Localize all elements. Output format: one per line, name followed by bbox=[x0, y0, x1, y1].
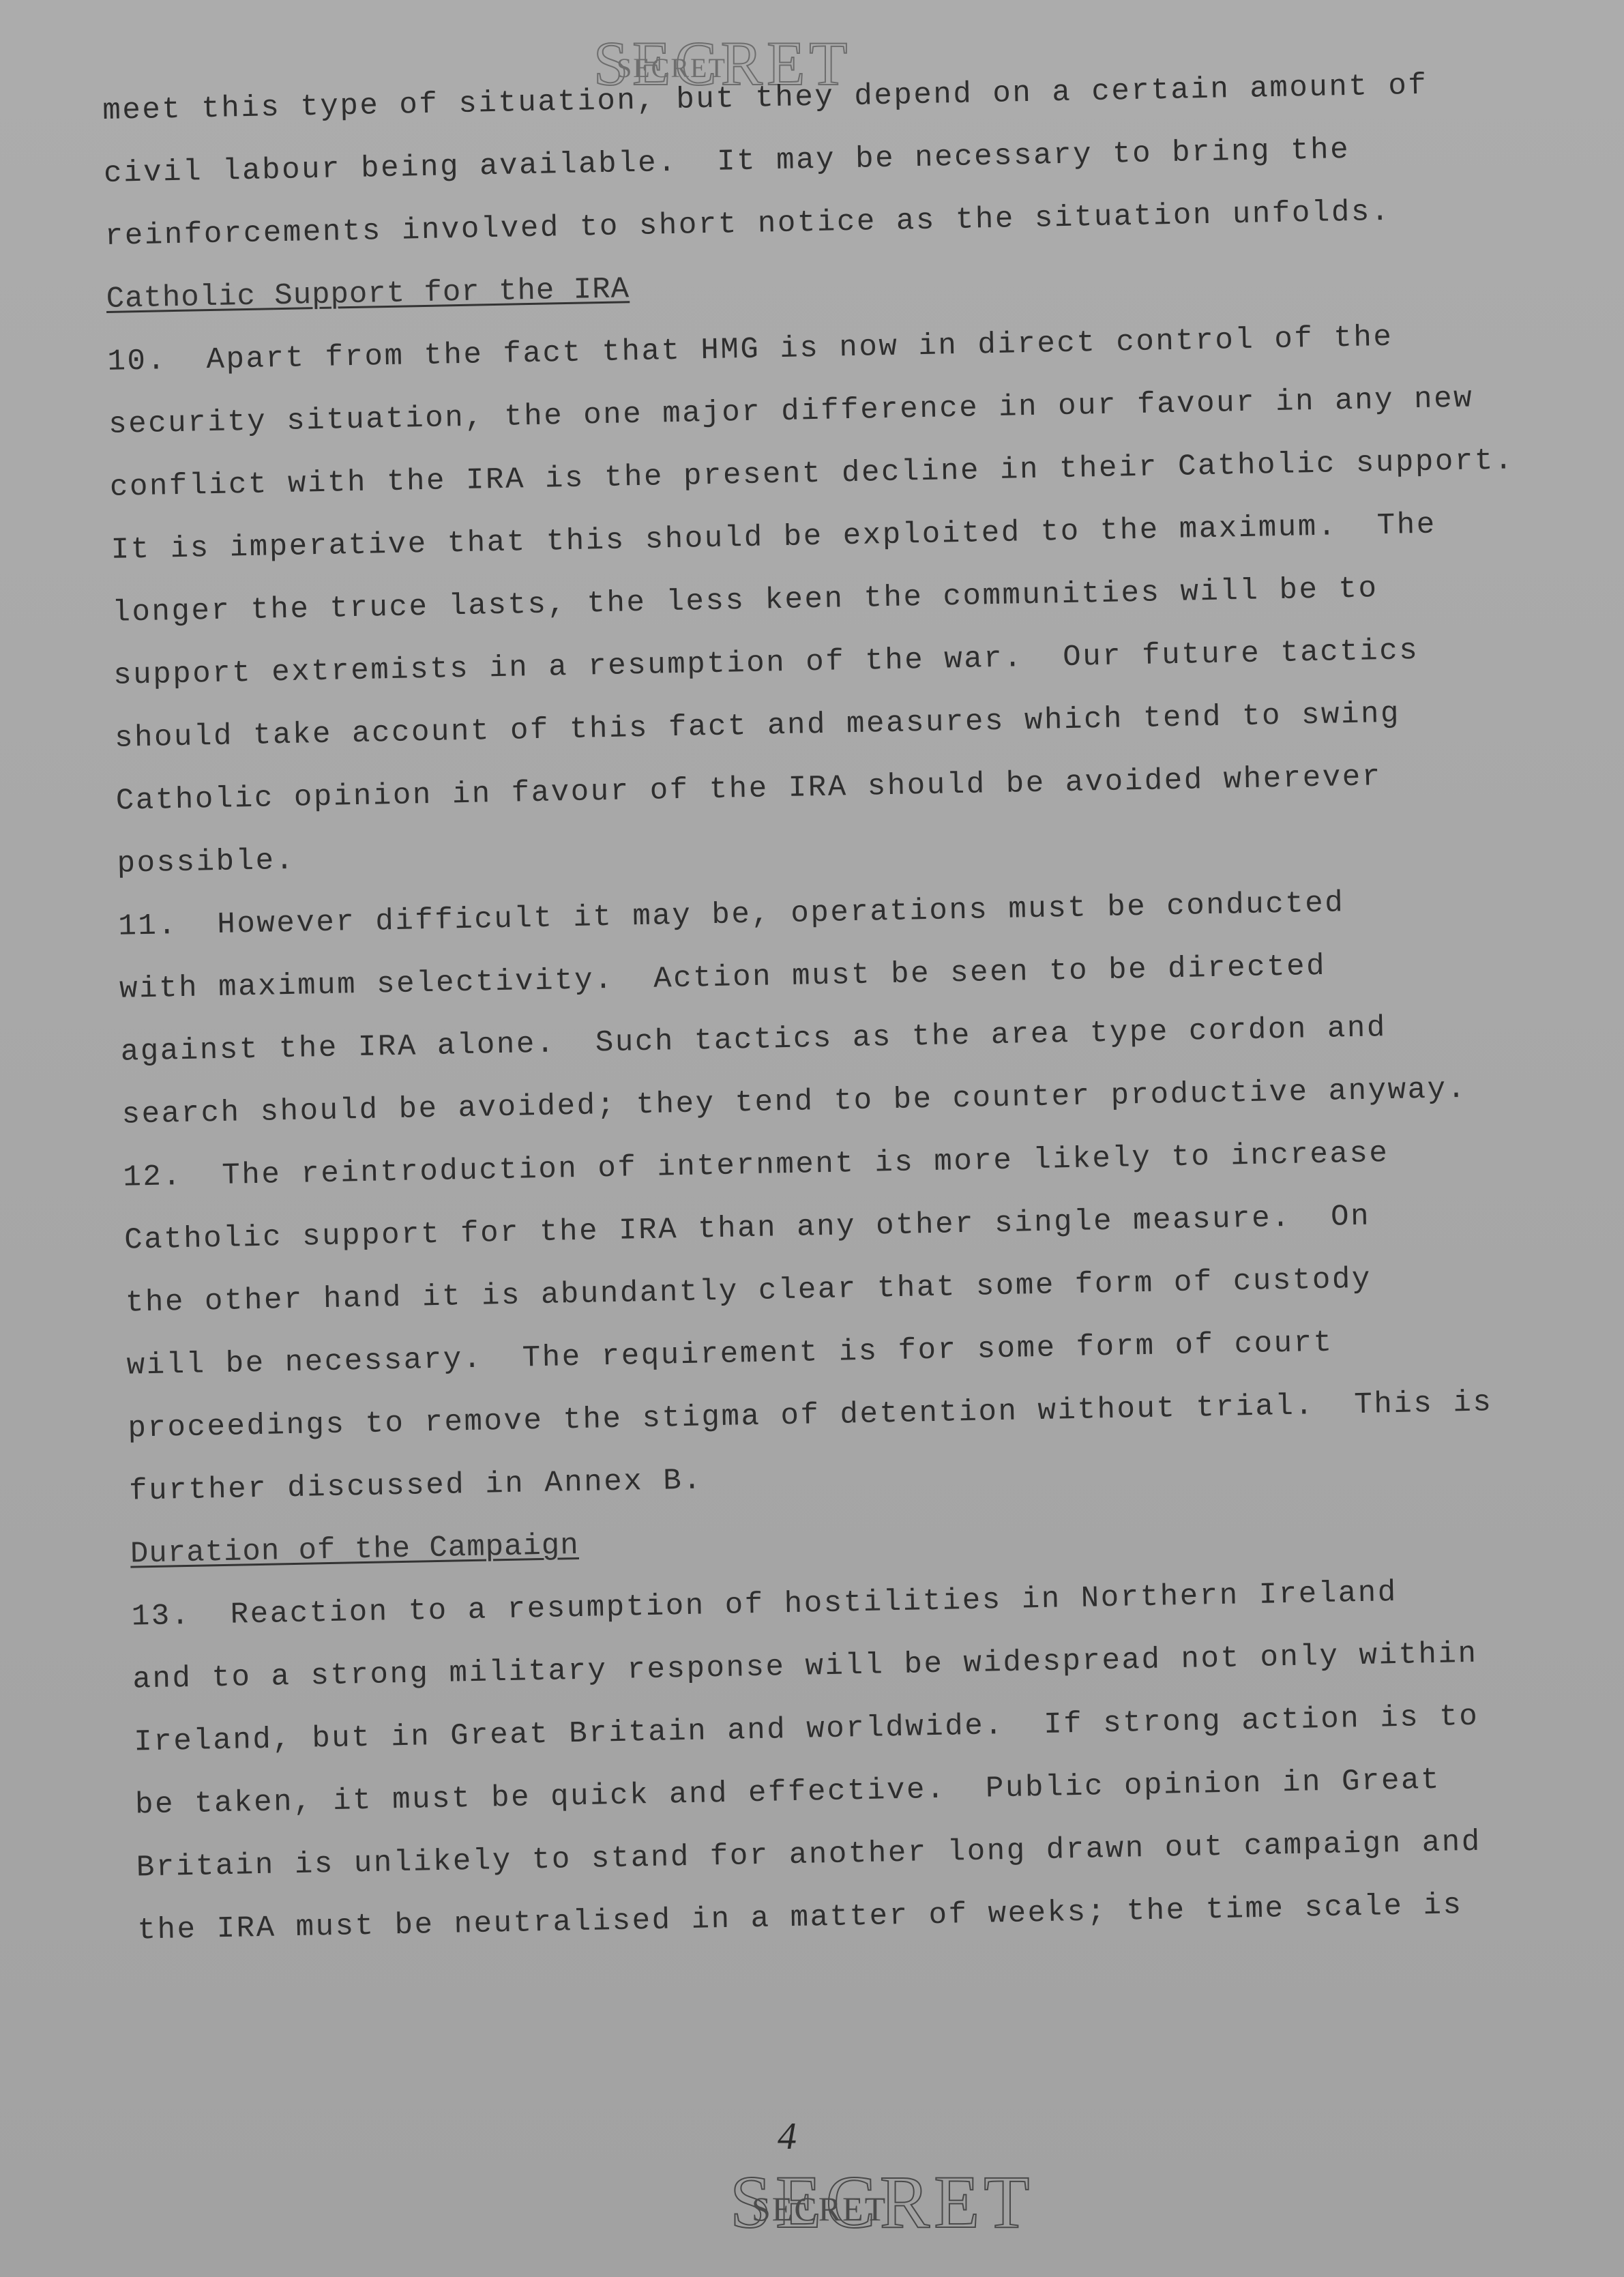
classification-stamp-bottom-inner: SECRET bbox=[752, 2189, 887, 2229]
page-number: 4 bbox=[778, 2115, 797, 2158]
classification-stamp-bottom: SECRET SECRET bbox=[730, 2159, 1034, 2246]
classification-stamp-top-inner: SECRET bbox=[617, 52, 726, 84]
document-body: meet this type of situation, but they de… bbox=[102, 67, 1624, 1978]
document-page: SECRET SECRET meet this type of situatio… bbox=[0, 0, 1624, 2277]
